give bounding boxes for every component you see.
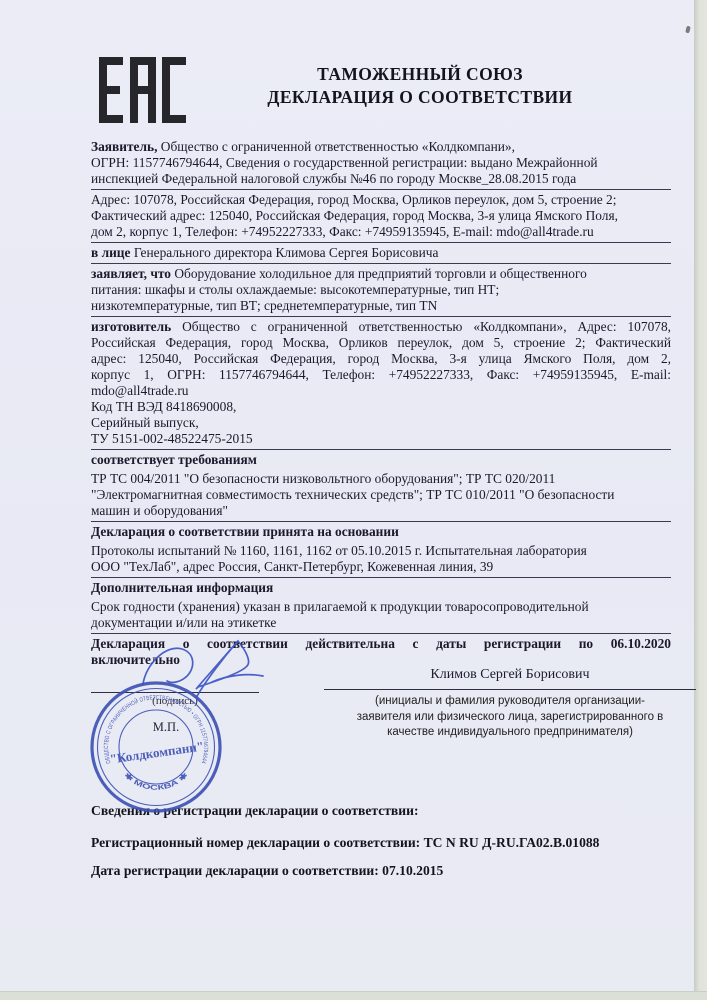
doc-line: ООО "ТехЛаб", адрес Россия, Санкт-Петерб…	[91, 559, 671, 575]
registration-date: Дата регистрации декларации о соответств…	[91, 862, 681, 879]
section-manufacturer: изготовитель Общество с ограниченной отв…	[91, 319, 671, 450]
signatory-name: Климов Сергей Борисович	[324, 667, 696, 683]
section-address: Адрес: 107078, Российская Федерация, гор…	[91, 192, 671, 243]
document-title: ТАМОЖЕННЫЙ СОЮЗ ДЕКЛАРАЦИЯ О СООТВЕТСТВИ…	[170, 63, 670, 109]
section-declares: заявляет, что Оборудование холодильное д…	[91, 266, 671, 317]
signature-line-right	[324, 689, 696, 690]
doc-line: в лице Генерального директора Климова Се…	[91, 245, 671, 261]
declaration-document: ТАМОЖЕННЫЙ СОЮЗ ДЕКЛАРАЦИЯ О СООТВЕТСТВИ…	[0, 0, 707, 1000]
doc-line: "Электромагнитная совместимость техничес…	[91, 487, 671, 503]
caption-line: качестве индивидуального предпринимателя…	[324, 725, 696, 741]
section-heading: Дополнительная информация	[91, 580, 671, 596]
doc-line: корпус 1, ОГРН: 1157746794644, Телефон: …	[91, 367, 671, 383]
doc-line: ОГРН: 1157746794644, Сведения о государс…	[91, 155, 671, 171]
doc-line: Фактический адрес: 125040, Российская Фе…	[91, 208, 671, 224]
doc-line: инспекцией Федеральной налоговой службы …	[91, 171, 671, 187]
caption-line: заявителя или физического лица, зарегист…	[324, 710, 696, 726]
doc-line: ТУ 5151-002-48522475-2015	[91, 431, 671, 447]
doc-line: mdo@all4trade.ru	[91, 383, 671, 399]
stamp-place-mark: М.П.	[138, 720, 194, 735]
scan-edge-bottom	[0, 991, 707, 1000]
signature-scribble	[120, 618, 280, 713]
doc-line: Серийный выпуск,	[91, 415, 671, 431]
doc-line: Заявитель, Общество с ограниченной ответ…	[91, 139, 671, 155]
doc-line: Адрес: 107078, Российская Федерация, гор…	[91, 192, 671, 208]
doc-line: низкотемпературные, тип ВТ; среднетемпер…	[91, 298, 671, 314]
stamp-center-text: "Колдкомпани"	[109, 738, 205, 766]
signature-caption-right: (инициалы и фамилия руководителя организ…	[324, 694, 696, 741]
title-line-1: ТАМОЖЕННЫЙ СОЮЗ	[170, 63, 670, 86]
section-applicant: Заявитель, Общество с ограниченной ответ…	[91, 139, 671, 190]
registration-number: Регистрационный номер декларации о соотв…	[91, 834, 681, 851]
doc-line: питания: шкафы и столы охлаждаемые: высо…	[91, 282, 671, 298]
doc-line: Код ТН ВЭД 8418690008,	[91, 399, 671, 415]
stamp-bottom-text: ✱ МОСКВА ✱	[123, 771, 190, 792]
scan-speck	[685, 26, 691, 34]
svg-text:✱ МОСКВА ✱: ✱ МОСКВА ✱	[123, 771, 190, 792]
doc-line: заявляет, что Оборудование холодильное д…	[91, 266, 671, 282]
doc-line: адрес: 125040, Российская Федерация, гор…	[91, 351, 671, 367]
doc-line: Срок годности (хранения) указан в прилаг…	[91, 599, 671, 615]
doc-line: ТР ТС 004/2011 "О безопасности низковоль…	[91, 471, 671, 487]
doc-line: Протоколы испытаний № 1160, 1161, 1162 о…	[91, 543, 671, 559]
section-heading: соответствует требованиям	[91, 452, 671, 468]
doc-line: машин и оборудования"	[91, 503, 671, 519]
doc-line: изготовитель Общество с ограниченной отв…	[91, 319, 671, 335]
caption-line: (инициалы и фамилия руководителя организ…	[324, 694, 696, 710]
doc-line: Российская Федерация, город Москва, Орли…	[91, 335, 671, 351]
scan-edge-right	[694, 0, 707, 1000]
section-complies: соответствует требованиям ТР ТС 004/2011…	[91, 452, 671, 522]
section-basis: Декларация о соответствии принята на осн…	[91, 524, 671, 578]
section-in-person: в лице Генерального директора Климова Се…	[91, 245, 671, 264]
title-line-2: ДЕКЛАРАЦИЯ О СООТВЕТСТВИИ	[170, 86, 670, 109]
section-heading: Декларация о соответствии принята на осн…	[91, 524, 671, 540]
document-body: Заявитель, Общество с ограниченной ответ…	[91, 139, 671, 672]
doc-line: дом 2, корпус 1, Телефон: +74952227333, …	[91, 224, 671, 240]
